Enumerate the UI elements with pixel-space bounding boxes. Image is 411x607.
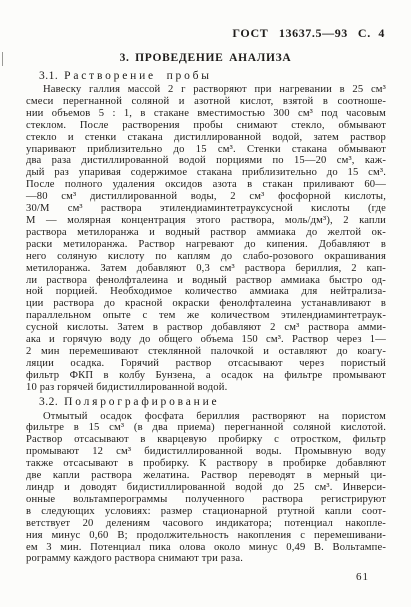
text-line: сусной кислоты. Затем в раствор добавляю… <box>26 322 386 334</box>
paragraph-sample-dissolution: Навеску галлия массой 2 г растворяют при… <box>26 84 386 394</box>
text-line: две капли раствора желатина. Раствор пер… <box>26 470 386 482</box>
subsection-label: Растворение пробы <box>64 70 212 82</box>
text-line: раствора метилоранжа и водный раствор ам… <box>26 227 386 239</box>
text-line: Отмытый осадок фосфата бериллия растворя… <box>26 411 386 423</box>
text-line: рограмму каждого раствора снимают три ра… <box>26 553 386 565</box>
text-line: 10 раз горячей бидистиллированной водой. <box>26 382 386 394</box>
subsection-label: Полярографирование <box>64 396 219 408</box>
text-line: два раза дистиллированной водой порциями… <box>26 155 386 167</box>
text-line: метилоранжа. Затем добавляют 0,3 см³ рас… <box>26 263 386 275</box>
text-line: 30/М см³ раствора этилендиаминтетрауксус… <box>26 203 386 215</box>
subsection-number: 3.2. <box>39 396 58 408</box>
section-title: 3. ПРОВЕДЕНИЕ АНАЛИЗА <box>0 52 411 64</box>
text-line: упаривают приблизительно до 15 см³. Стен… <box>26 144 386 156</box>
text-line: фильтре в 15 см³ (в два приема) перегнан… <box>26 422 386 434</box>
text-line: параллельном опыте с тем же количеством … <box>26 310 386 322</box>
header-page-label: С. 4 <box>358 26 385 40</box>
text-line: нии объемов 5 : 1, в стакане вместимость… <box>26 108 386 120</box>
running-header: ГОСТ 13637.5—93С. 4 <box>232 26 385 41</box>
text-line: —80 см³ дистиллированной воды, 2 см³ фос… <box>26 191 386 203</box>
text-line: промывают 12 см³ бидистиллированной воды… <box>26 446 386 458</box>
text-line: в следующих условиях: размер стационарно… <box>26 506 386 518</box>
subsection-heading-3-1: 3.1. Растворение пробы <box>26 70 386 83</box>
text-line: фильтр ФКП в колбу Бунзена, а осадок на … <box>26 370 386 382</box>
text-line: смеси перегнанной соляной и азотной кисл… <box>26 96 386 108</box>
text-line: стеклом. После растворения пробы снимают… <box>26 120 386 132</box>
text-line: дый раз упаривая содержимое стакана приб… <box>26 167 386 179</box>
text-line: ем 3 мин. Потенциал пика олова около мин… <box>26 542 386 554</box>
text-line: После полного удаления оксидов азота в с… <box>26 179 386 191</box>
text-line: Навеску галлия массой 2 г растворяют при… <box>26 84 386 96</box>
text-line: ной порцией. Необходимое количество амми… <box>26 286 386 298</box>
text-line: М — молярная концентрация этого раствора… <box>26 215 386 227</box>
text-line: ции раствора до красной окраски фенолфта… <box>26 298 386 310</box>
text-line: раски метилоранжа. Раствор нагревают до … <box>26 239 386 251</box>
text-line: также отсасывают в пробирку. К раствору … <box>26 458 386 470</box>
subsection-heading-3-2: 3.2. Полярографирование <box>26 396 386 409</box>
text-line: него соляную кислоту по каплям до слабо-… <box>26 251 386 263</box>
paragraph-polarography: Отмытый осадок фосфата бериллия растворя… <box>26 411 386 566</box>
text-line: ветствует 20 делениям часового индикатор… <box>26 518 386 530</box>
text-line: ния минус 0,60 В; продолжительность нако… <box>26 530 386 542</box>
gost-number: ГОСТ 13637.5—93 <box>232 26 348 40</box>
document-page: ГОСТ 13637.5—93С. 4 3. ПРОВЕДЕНИЕ АНАЛИЗ… <box>0 0 411 607</box>
document-body: 3.1. Растворение пробы Навеску галлия ма… <box>26 70 386 566</box>
text-line: 2 мин перемешивают стеклянной палочкой и… <box>26 346 386 358</box>
text-line: онные вольтамперограммы полученного раст… <box>26 494 386 506</box>
page-number: 61 <box>356 571 369 583</box>
text-line: ляции осадка. Горячий раствор отсасывают… <box>26 358 386 370</box>
text-line: ака и горячую воду до общего объема 150 … <box>26 334 386 346</box>
text-line: стекло и стенки стакана дистиллированной… <box>26 132 386 144</box>
subsection-number: 3.1. <box>39 70 58 82</box>
text-line: Раствор отсасывают в кварцевую пробирку … <box>26 434 386 446</box>
text-line: ли раствора фенолфталеина и водный раств… <box>26 275 386 287</box>
text-line: линдр и доводят бидистиллированной водой… <box>26 482 386 494</box>
